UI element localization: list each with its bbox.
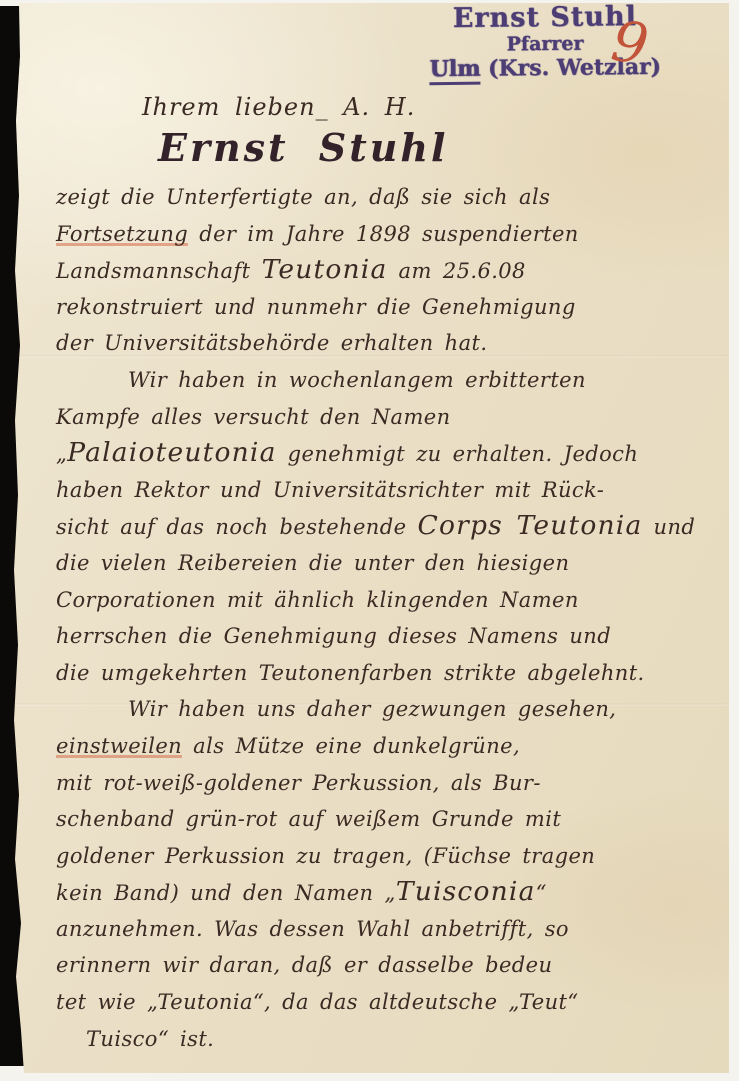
line-text: tet wie „Teutonia“, da das altdeutsche „… <box>56 990 579 1014</box>
line-text: herrschen die Genehmigung dieses Namens … <box>56 624 611 648</box>
line-text: mit rot-weiß-goldener Perkussion, als Bu… <box>56 771 541 795</box>
red-underlined-word: Fortsetzung <box>56 222 188 246</box>
line-text: der Universitätsbehörde erhalten hat. <box>56 331 487 355</box>
line-text: als Mütze eine dunkelgrüne, <box>182 734 520 758</box>
letter-line: erinnern wir daran, daß er dasselbe bede… <box>56 947 718 984</box>
line-text: und <box>642 515 695 539</box>
letter-line: zeigt die Unterfertigte an, daß sie sich… <box>56 179 718 216</box>
line-text: sicht auf das noch bestehende <box>56 515 417 539</box>
line-text: Kampfe alles versucht den Namen <box>56 405 451 429</box>
line-text: die vielen Reibereien die unter den hies… <box>56 551 569 575</box>
letter-line: Corporationen mit ähnlich klingenden Nam… <box>56 582 718 619</box>
letter-line: Wir haben in wochenlangem erbitterten <box>56 362 718 399</box>
letter-line: sicht auf das noch bestehende Corps Teut… <box>56 508 718 545</box>
letter-line: Landsmannschaft Teutonia am 25.6.08 <box>56 252 718 289</box>
line-text: erinnern wir daran, daß er dasselbe bede… <box>56 953 552 977</box>
line-text: Landsmannschaft <box>56 259 262 283</box>
letter-line: mit rot-weiß-goldener Perkussion, als Bu… <box>56 765 718 802</box>
line-text: goldener Perkussion zu tragen, (Füchse t… <box>56 844 595 868</box>
letter-line: herrschen die Genehmigung dieses Namens … <box>56 618 718 655</box>
letter-line: schenband grün-rot auf weißem Grunde mit <box>56 801 718 838</box>
letter-line: rekonstruiert und nunmehr die Genehmigun… <box>56 289 718 326</box>
letter-line: Wir haben uns daher gezwungen gesehen, <box>56 691 718 728</box>
line-text: der im Jahre 1898 suspendierten <box>188 222 579 246</box>
letter-line: anzunehmen. Was dessen Wahl anbetrifft, … <box>56 911 718 948</box>
emphasized-name: Teutonia <box>262 254 388 285</box>
emphasized-name: Corps Teutonia <box>417 510 642 541</box>
letter-line: einstweilen als Mütze eine dunkelgrüne, <box>56 728 718 765</box>
line-text: genehmigt zu erhalten. Jedoch <box>277 442 639 466</box>
stamp-city-underlined: Ulm <box>429 56 480 86</box>
letter-line: Tuisco“ ist. <box>56 1021 718 1058</box>
scanned-letter-page: Ernst Stuhl Pfarrer Ulm (Krs. Wetzlar) 9… <box>0 0 739 1081</box>
line-text: die umgekehrten Teutonenfarben strikte a… <box>56 661 645 685</box>
letter-line: Kampfe alles versucht den Namen <box>56 399 718 436</box>
letter-line: „Palaioteutonia genehmigt zu erhalten. J… <box>56 435 718 472</box>
letter-line: goldener Perkussion zu tragen, (Füchse t… <box>56 838 718 875</box>
line-text: Wir haben uns daher gezwungen gesehen, <box>128 697 616 721</box>
line-text: Tuisco“ ist. <box>86 1027 214 1051</box>
line-text: rekonstruiert und nunmehr die Genehmigun… <box>56 295 576 319</box>
salutation-line: Ihrem lieben_ A. H. <box>142 93 415 121</box>
line-text: haben Rektor und Universitätsrichter mit… <box>56 478 604 502</box>
line-text: „ <box>56 442 67 466</box>
line-text: kein Band) und den Namen „ <box>56 881 396 905</box>
letter-line: die umgekehrten Teutonenfarben strikte a… <box>56 655 718 692</box>
emphasized-name: Palaioteutonia <box>67 437 276 468</box>
line-text: Corporationen mit ähnlich klingenden Nam… <box>56 588 579 612</box>
letter-line: Fortsetzung der im Jahre 1898 suspendier… <box>56 216 718 253</box>
line-text: schenband grün-rot auf weißem Grunde mit <box>56 807 561 831</box>
line-text: “ <box>536 881 547 905</box>
letter-line: die vielen Reibereien die unter den hies… <box>56 545 718 582</box>
emphasized-name: Tuisconia <box>396 876 536 907</box>
red-underlined-word: einstweilen <box>56 734 182 758</box>
letter-body: zeigt die Unterfertigte an, daß sie sich… <box>56 179 718 1057</box>
letter-line: der Universitätsbehörde erhalten hat. <box>56 325 718 362</box>
letter-line: tet wie „Teutonia“, da das altdeutsche „… <box>56 984 718 1021</box>
letter-line: kein Band) und den Namen „Tuisconia“ <box>56 874 718 911</box>
line-text: zeigt die Unterfertigte an, daß sie sich… <box>56 185 550 209</box>
sender-name-handwritten: Ernst Stuhl <box>158 125 448 170</box>
line-text: anzunehmen. Was dessen Wahl anbetrifft, … <box>56 917 569 941</box>
letter-line: haben Rektor und Universitätsrichter mit… <box>56 472 718 509</box>
line-text: am 25.6.08 <box>387 259 525 283</box>
line-text: Wir haben in wochenlangem erbitterten <box>128 368 586 392</box>
letter-paper: Ernst Stuhl Pfarrer Ulm (Krs. Wetzlar) 9… <box>12 3 729 1073</box>
